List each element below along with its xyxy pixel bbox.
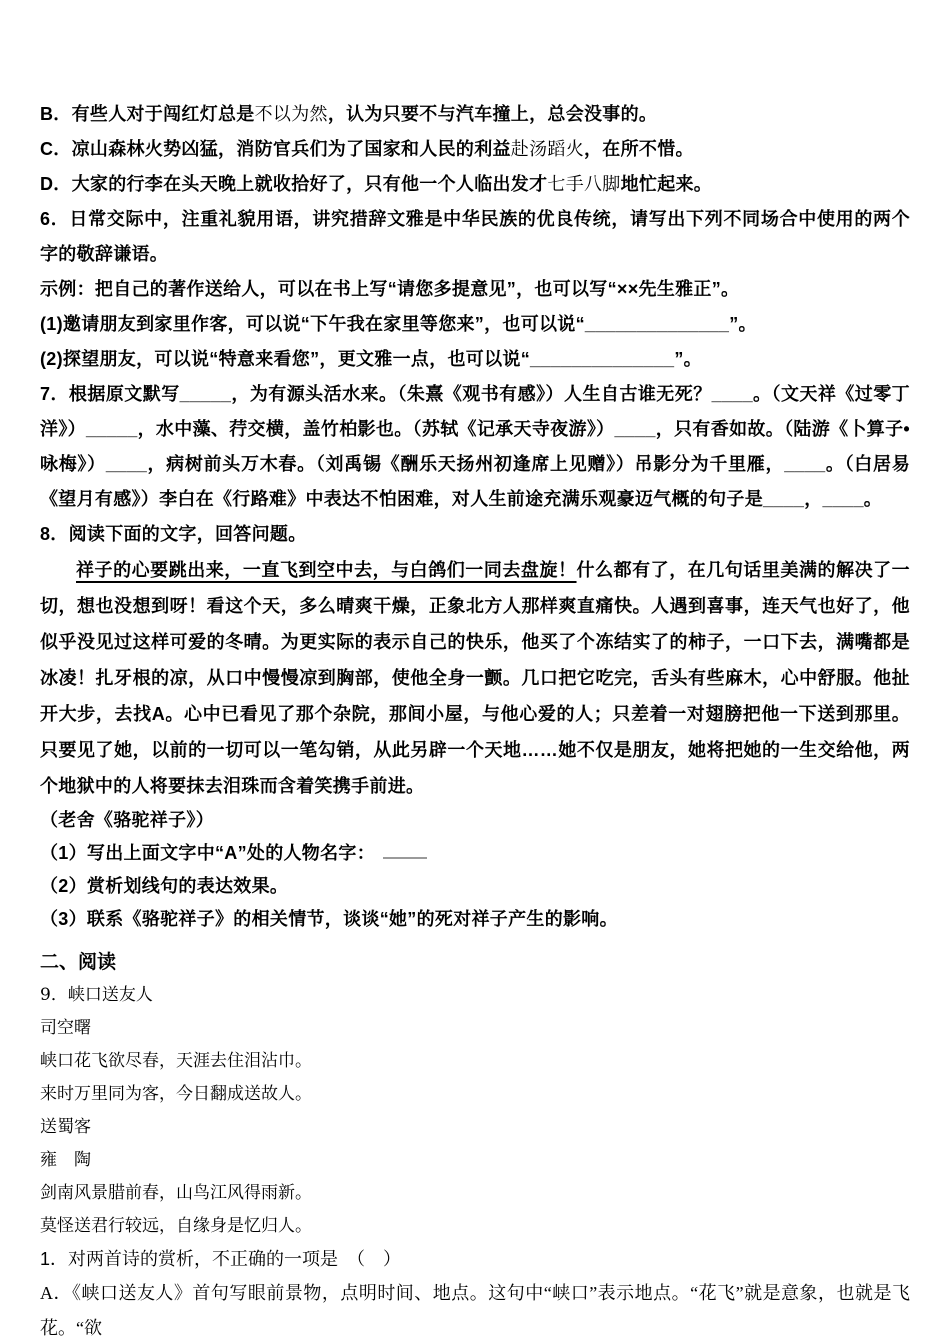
option-b-text-pre: B．有些人对于闯红灯总是 (40, 104, 255, 124)
poet-name-1: 司空曙 (40, 1012, 910, 1045)
question-8-item-3: （3）联系《骆驼祥子》的相关情节，谈谈“她”的死对祥子产生的影响。 (40, 903, 910, 936)
poem-1-line-2: 来时万里同为客，今日翻成送故人。 (40, 1078, 910, 1111)
option-c: C．凉山森林火势凶猛，消防官兵们为了国家和人民的利益赴汤蹈火，在所不惜。 (40, 132, 910, 167)
poet-name-2: 雍 陶 (40, 1144, 910, 1177)
answer-blank (383, 853, 427, 859)
sub-question-1: 1．对两首诗的赏析，不正确的一项是 （ ） (40, 1243, 910, 1276)
exam-page: B．有些人对于闯红灯总是不以为然，认为只要不与汽车撞上，总会没事的。 C．凉山森… (0, 0, 950, 1344)
question-9-title: 9．峡口送友人 (40, 979, 910, 1012)
option-c-idiom: 赴汤蹈火 (511, 139, 584, 159)
option-d-idiom: 七手八脚 (547, 174, 620, 194)
question-6-example: 示例：把自己的著作送给人，可以在书上写“请您多提意见”，也可以写“××先生雅正”… (40, 272, 910, 307)
section-heading-reading: 二、阅读 (40, 946, 910, 979)
source-attribution: （老舍《骆驼祥子》） (40, 804, 910, 837)
option-d-text-post: 地忙起来。 (621, 174, 713, 194)
option-b-text-post: ，认为只要不与汽车撞上，总会没事的。 (328, 104, 657, 124)
option-d: D．大家的行李在头天晚上就收拾好了，只有他一个人临出发才七手八脚地忙起来。 (40, 167, 910, 202)
question-6-stem: 6．日常交际中，注重礼貌用语，讲究措辞文雅是中华民族的优良传统，请写出下列不同场… (40, 202, 910, 272)
question-8-passage: 祥子的心要跳出来，一直飞到空中去，与白鸽们一同去盘旋！什么都有了，在几句话里美满… (40, 552, 910, 804)
option-d-text-pre: D．大家的行李在头天晚上就收拾好了，只有他一个人临出发才 (40, 174, 547, 194)
passage-rest: 什么都有了，在几句话里美满的解决了一切，想也没想到呀！看这个天，多么晴爽干燥，正… (40, 560, 910, 796)
option-c-text-pre: C．凉山森林火势凶猛，消防官兵们为了国家和人民的利益 (40, 139, 511, 159)
question-6-item-1: (1)邀请朋友到家里作客，可以说“下午我在家里等您来”，也可以说“_______… (40, 307, 910, 342)
option-c-text-post: ，在所不惜。 (584, 139, 694, 159)
question-8-stem: 8．阅读下面的文字，回答问题。 (40, 517, 910, 552)
question-8-item-1: （1）写出上面文字中“A”处的人物名字： (40, 837, 910, 870)
question-7-stem: 7．根据原文默写_____，为有源头活水来。（朱熹《观书有感》）人生自古谁无死？… (40, 377, 910, 517)
question-8-item-1-text: （1）写出上面文字中“A”处的人物名字： (40, 843, 375, 863)
underlined-sentence: 祥子的心要跳出来，一直飞到空中去，与白鸽们一同去盘旋！ (76, 560, 577, 580)
option-b-idiom: 不以为然 (255, 104, 328, 124)
poem-2-line-2: 莫怪送君行较远，自缘身是忆归人。 (40, 1210, 910, 1243)
option-b: B．有些人对于闯红灯总是不以为然，认为只要不与汽车撞上，总会没事的。 (40, 97, 910, 132)
option-a: A．《峡口送友人》首句写眼前景物，点明时间、地点。这句中“峡口”表示地点。“花飞… (40, 1276, 910, 1344)
poem-2-title: 送蜀客 (40, 1111, 910, 1144)
poem-1-line-1: 峡口花飞欲尽春，天涯去住泪沾巾。 (40, 1045, 910, 1078)
poem-2-line-1: 剑南风景腊前春，山鸟江风得雨新。 (40, 1177, 910, 1210)
question-8-item-2: （2）赏析划线句的表达效果。 (40, 870, 910, 903)
question-6-item-2: (2)探望朋友，可以说“特意来看您”，更文雅一点，也可以说“__________… (40, 342, 910, 377)
